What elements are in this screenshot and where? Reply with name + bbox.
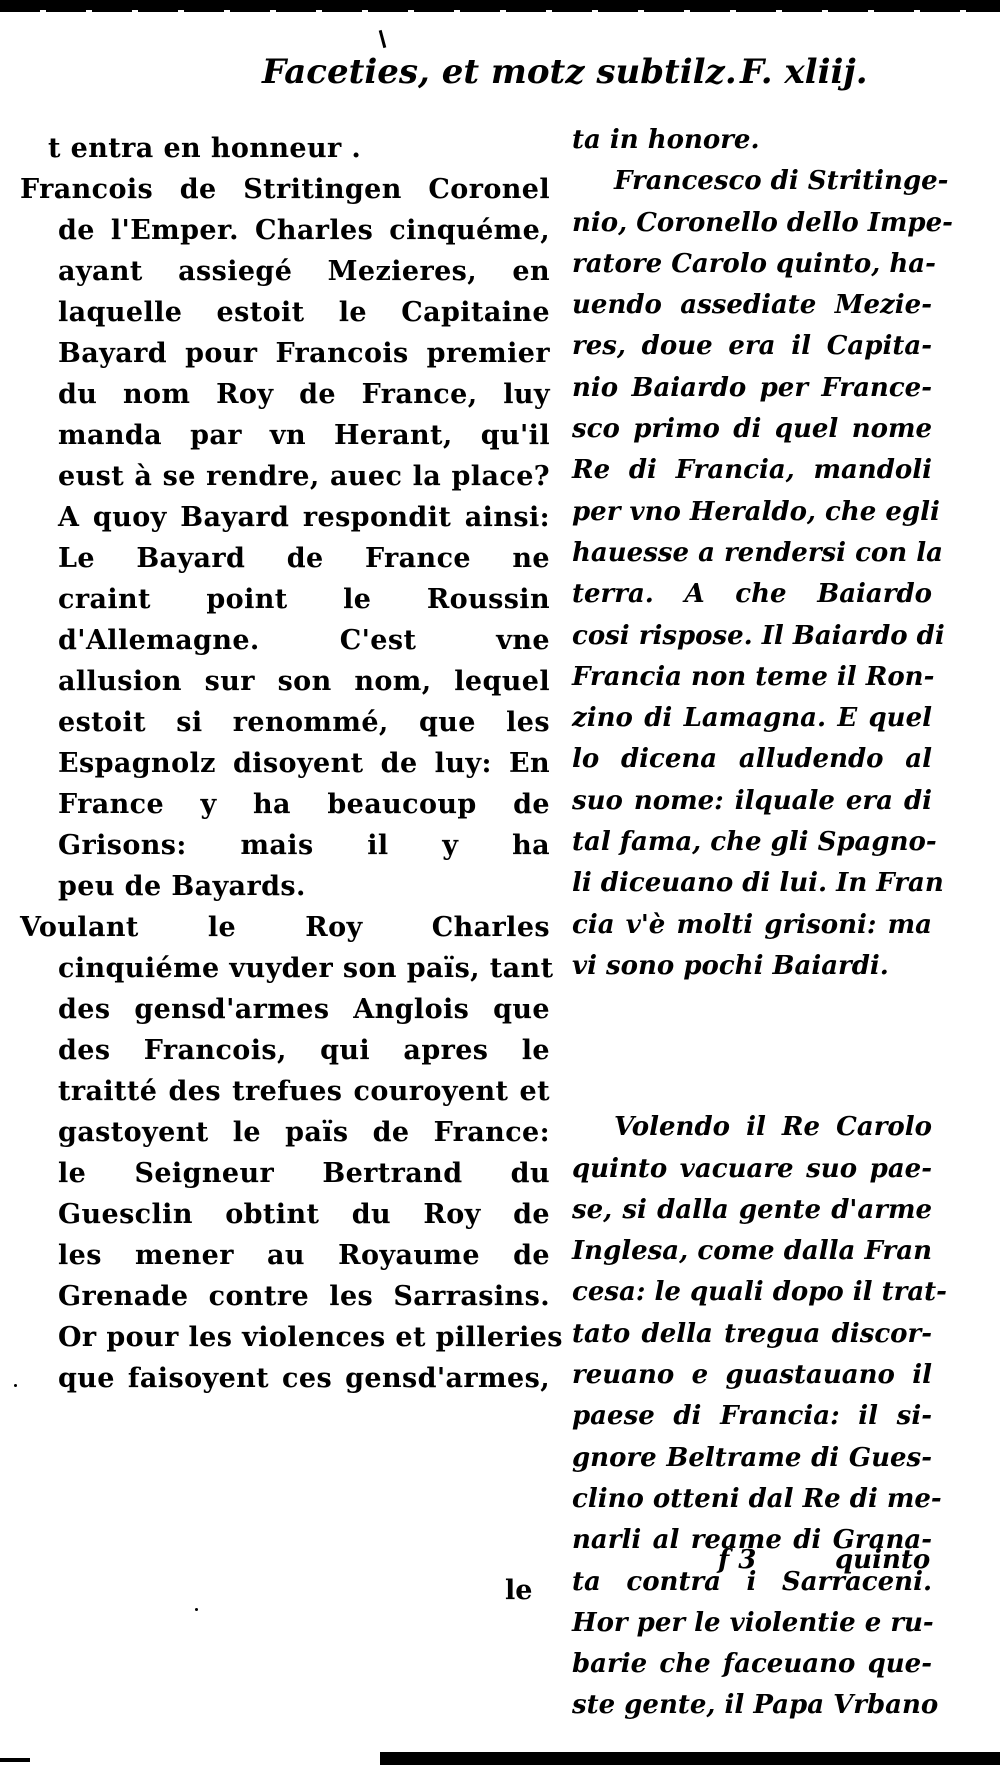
text-line: peu de Bayards. [20,866,550,907]
signature-mark: f 3 [718,1545,756,1575]
italian-catchword: quinto [835,1545,930,1575]
text-line: les mener au Royaume de [20,1235,550,1276]
text-line: Espagnolz disoyent de luy: En [20,743,550,784]
text-line: Inglesa, come dalla Fran [572,1231,932,1272]
text-line: uendo assediate Mezie- [572,285,932,326]
text-line: manda par vn Herant, qu'il [20,415,550,456]
text-line: Re di Francia, mandoli [572,450,932,491]
text-line: le Seigneur Bertrand du [20,1153,550,1194]
text-line: tato della tregua discor- [572,1314,932,1355]
text-line: Francois de Stritingen Coronel [20,169,550,210]
text-line: Bayard pour Francois premier [20,333,550,374]
text-line: que faisoyent ces gensd'armes, [20,1358,550,1399]
text-line: paese di Francia: il si- [572,1396,932,1437]
text-line: Grenade contre les Sarrasins. [20,1276,550,1317]
text-line: gnore Beltrame di Gues- [572,1438,932,1479]
text-line: ta in honore. [572,120,932,161]
folio-number: F. xliij. [740,52,868,92]
text-line: allusion sur son nom, lequel [20,661,550,702]
text-line: li diceuano di lui. In Fran [572,863,932,904]
text-line: terra. A che Baiardo [572,574,932,615]
text-line: Francia non teme il Ron- [572,657,932,698]
ink-mark [379,30,387,48]
text-line: cosi rispose. Il Baiardo di [572,616,932,657]
page-header: Faceties, et motz subtilz. F. xliij. [262,52,942,100]
text-line: cesa: le quali dopo il trat- [572,1272,932,1313]
text-line: ste gente, il Papa Vrbano [572,1685,932,1726]
text-line: gastoyent le païs de France: [20,1112,550,1153]
text-line: traitté des trefues couroyent et [20,1071,550,1112]
text-line: ayant assiegé Mezieres, en [20,251,550,292]
text-line: ratore Carolo quinto, ha- [572,244,932,285]
text-line: res, doue era il Capita- [572,326,932,367]
text-line: suo nome: ilquale era di [572,781,932,822]
text-line: barie che faceuano que- [572,1644,932,1685]
text-line: hauesse a rendersi con la [572,533,932,574]
text-line: Voulant le Roy Charles [20,907,550,948]
text-line: Le Bayard de France ne [20,538,550,579]
french-catchword: le [505,1575,532,1606]
text-line: des Francois, qui apres le [20,1030,550,1071]
ink-speck [195,1608,198,1611]
text-line: cia v'è molti grisoni: ma [572,905,932,946]
text-line: Guesclin obtint du Roy de [20,1194,550,1235]
text-line: vi sono pochi Baiardi. [572,946,932,987]
text-line: Hor per le violentie e ru- [572,1603,932,1644]
text-line: craint point le Roussin [20,579,550,620]
text-line: estoit si renommé, que les [20,702,550,743]
text-line: t entra en honneur . [20,128,550,169]
text-line: se, si dalla gente d'arme [572,1190,932,1231]
text-line: de l'Emper. Charles cinquéme, [20,210,550,251]
scan-border-bottom-left [0,1758,30,1762]
text-line: France y ha beaucoup de [20,784,550,825]
text-line: nio, Coronello dello Impe- [572,203,932,244]
paragraph-gap [572,987,932,1107]
text-line: tal fama, che gli Spagno- [572,822,932,863]
text-line: A quoy Bayard respondit ainsi: [20,497,550,538]
text-line: zino di Lamagna. E quel [572,698,932,739]
text-line: reuano e guastauano il [572,1355,932,1396]
text-line: Volendo il Re Carolo [572,1107,932,1148]
text-line: Grisons: mais il y ha [20,825,550,866]
text-line: Or pour les violences et pilleries [20,1317,550,1358]
text-line: nio Baiardo per France- [572,368,932,409]
text-line: d'Allemagne. C'est vne [20,620,550,661]
scan-border-top [0,0,1000,10]
text-line: sco primo di quel nome [572,409,932,450]
text-line: quinto vacuare suo pae- [572,1149,932,1190]
text-line: eust à se rendre, auec la place? [20,456,550,497]
scan-border-bottom [380,1752,1000,1765]
text-line: per vno Heraldo, che egli [572,492,932,533]
text-line: laquelle estoit le Capitaine [20,292,550,333]
text-line: clino otteni dal Re di me- [572,1479,932,1520]
french-column: t entra en honneur . Francois de Stritin… [20,128,550,1399]
text-line: cinquiéme vuyder son païs, tant [20,948,550,989]
text-line: lo dicena alludendo al [572,739,932,780]
text-line: Francesco di Stritinge- [572,161,932,202]
text-line: des gensd'armes Anglois que [20,989,550,1030]
running-head: Faceties, et motz subtilz. [262,52,737,92]
text-line: du nom Roy de France, luy [20,374,550,415]
ink-speck [14,1384,17,1387]
italian-column: ta in honore. Francesco di Stritinge- ni… [572,120,932,1727]
